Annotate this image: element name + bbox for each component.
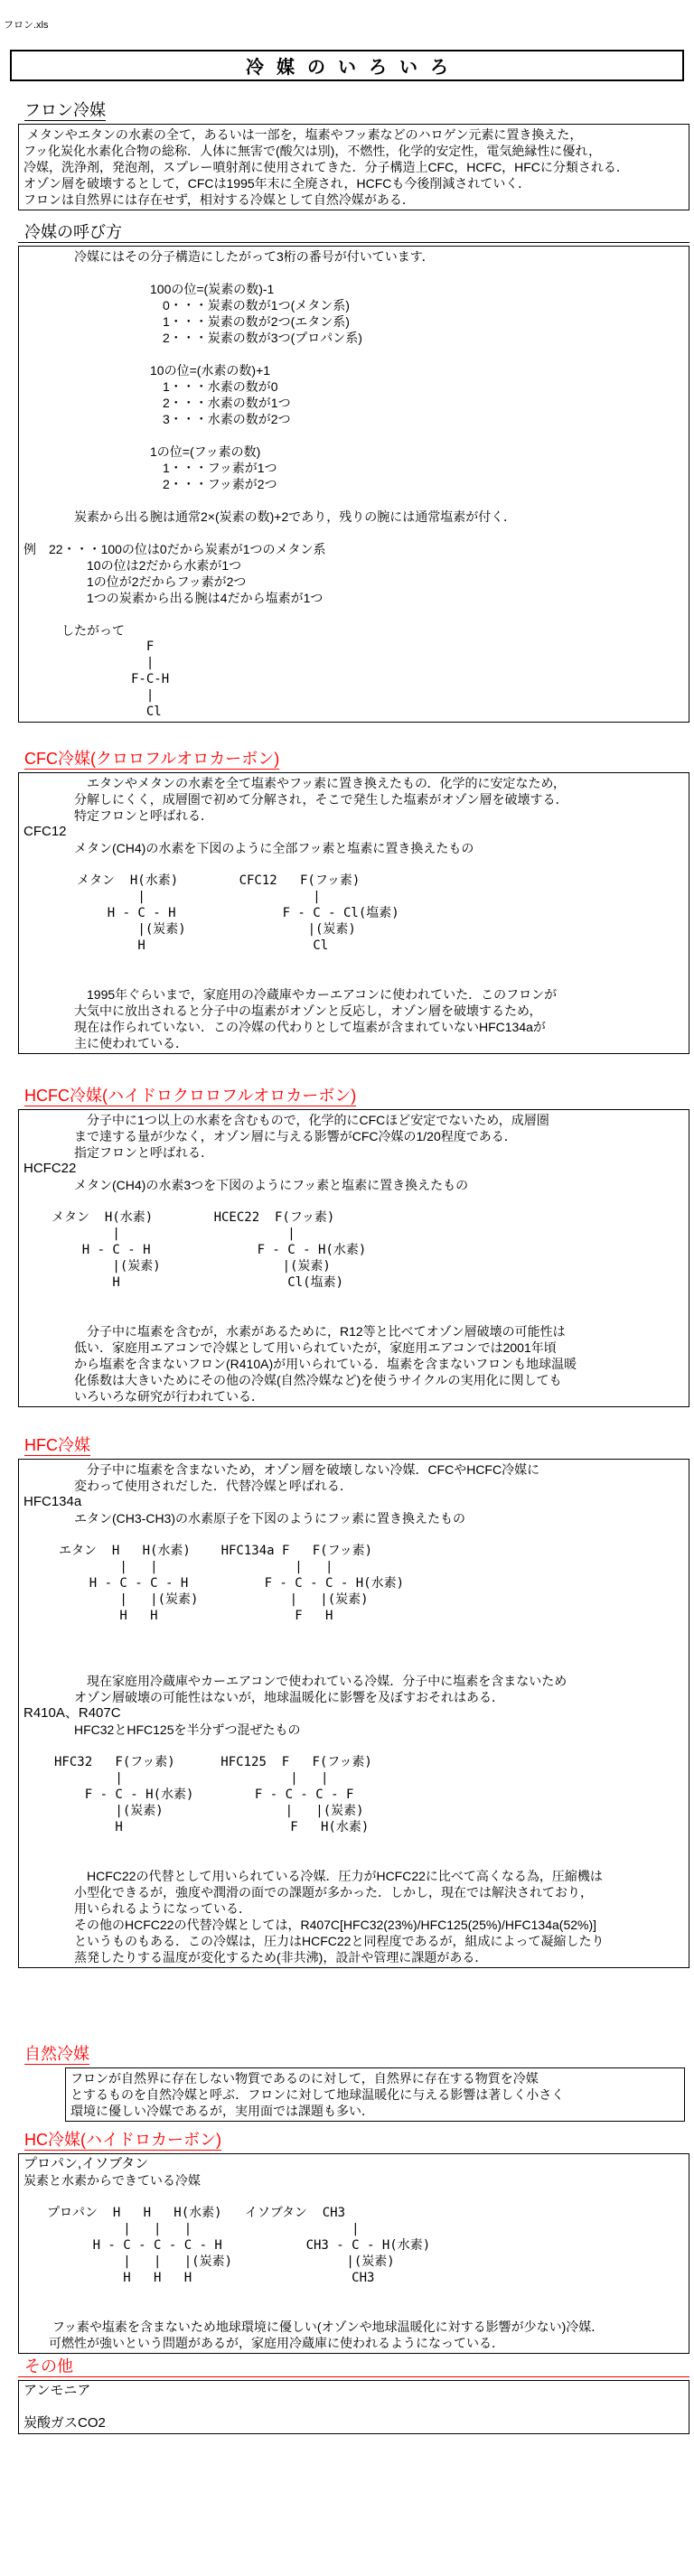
hfc-mid-text: 現在家庭用冷蔵庫やカーエアコンで使われている冷媒．分子中に塩素を含まないため オ… — [23, 1624, 684, 1705]
section-heading-hcfc: HCFC冷媒(ハイドロクロロフルオロカーボン) — [24, 1087, 356, 1106]
sublabel-hfc134a: HFC134a — [23, 1494, 684, 1510]
section-heading-other: その他 — [18, 2357, 689, 2377]
natural-body-text: フロンが自然界に存在しない物質であるのに対して，自然界に存在する物質を冷媒 とす… — [70, 2070, 680, 2119]
r410a-intro-text: HFC32とHFC125を半分ずつ混ぜたもの — [23, 1722, 684, 1754]
section-heading-freon: フロン冷媒 — [24, 101, 106, 121]
document-page: フロン.xls 冷媒のいろいろ フロン冷媒 メタンやエタンの水素の全て，あるいは… — [0, 0, 694, 2576]
section-heading-hc: HC冷媒(ハイドロカーボン) — [24, 2131, 221, 2151]
section-box-hcfc: 分子中に1つ以上の水素を含むもので，化学的にCFCほど安定でないため，成層圏 ま… — [18, 1109, 689, 1407]
freon-body-text: メタンやエタンの水素の全て，あるいは一部を，塩素やフッ素などのハロゲン元素に置き… — [23, 126, 684, 208]
section-heading-cfc: CFC冷媒(クロロフルオロカーボン) — [24, 750, 279, 770]
document-title-box: 冷媒のいろいろ — [10, 50, 684, 81]
section-box-natural: フロンが自然界に存在しない物質であるのに対して，自然界に存在する物質を冷媒 とす… — [65, 2067, 685, 2122]
structure-diagram-cfc12: メタン H(水素) CFC12 F(フッ素) | | H - C - H F -… — [23, 873, 684, 954]
section-natural: 自然冷媒 フロンが自然界に存在しない物質であるのに対して，自然界に存在する物質を… — [0, 2045, 694, 2122]
section-cfc: CFC冷媒(クロロフルオロカーボン) エタンやメタンの水素を全て塩素やフッ素に置… — [0, 750, 694, 1054]
structure-diagram-hcfc22: メタン H(水素) HCEC22 F(フッ素) | | H - C - H F … — [23, 1209, 684, 1291]
sheet-filename: フロン.xls — [4, 20, 49, 32]
section-heading-natural: 自然冷媒 — [24, 2045, 89, 2065]
section-other: その他 アンモニア 炭酸ガスCO2 — [0, 2357, 694, 2434]
section-freon: フロン冷媒 メタンやエタンの水素の全て，あるいは一部を，塩素やフッ素などのハロゲ… — [0, 101, 694, 210]
cfc-intro-text: エタンやメタンの水素を全て塩素やフッ素に置き換えたもの．化学的に安定なため， 分… — [23, 775, 684, 824]
hfc134a-intro-text: エタン(CH3-CH3)の水素原子を下図のようにフッ素に置き換えたもの — [23, 1510, 684, 1543]
section-hfc: HFC冷媒 分子中に塩素を含まないため，オゾン層を破壊しない冷媒．CFCやHCF… — [0, 1436, 694, 1968]
section-box-freon: メタンやエタンの水素の全て，あるいは一部を，塩素やフッ素などのハロゲン元素に置き… — [18, 124, 689, 210]
structure-diagram-r22-example: F | F-C-H | Cl — [23, 639, 684, 720]
section-hcfc: HCFC冷媒(ハイドロクロロフルオロカーボン) 分子中に1つ以上の水素を含むもの… — [0, 1087, 694, 1407]
structure-diagram-hfc32-hfc125: HFC32 F(フッ素) HFC125 F F(フッ素) | | | F - C… — [23, 1754, 684, 1835]
section-box-other: アンモニア 炭酸ガスCO2 — [18, 2380, 689, 2434]
hcfc-intro-text: 分子中に1つ以上の水素を含むもので，化学的にCFCほど安定でないため，成層圏 ま… — [23, 1112, 684, 1161]
section-naming: 冷媒の呼び方 冷媒にはその分子構造にしたがって3桁の番号が付いています． 100… — [0, 223, 694, 723]
hcfc22-intro-text: メタン(CH4)の水素3つを下図のようにフッ素と塩素に置き換えたもの — [23, 1177, 684, 1209]
section-hc: HC冷媒(ハイドロカーボン) プロパン,イソブタン 炭素と水素からできている冷媒… — [0, 2131, 694, 2354]
hcfc-outro-text: 分子中に塩素を含むが，水素があるために，R12等と比べてオゾン層破壊の可能性は … — [23, 1291, 684, 1405]
other-refrigerants-list: アンモニア 炭酸ガスCO2 — [23, 2383, 684, 2431]
hc-outro-text: フッ素や塩素を含まないため地球環境に優しい(オゾンや地球温暖化に対する影響が少な… — [23, 2286, 684, 2351]
sublabel-propane-isobutane: プロパン,イソブタン — [23, 2156, 684, 2172]
structure-diagram-hfc134a: エタン H H(水素) HFC134a F F(フッ素) | | | | H -… — [23, 1543, 684, 1624]
hfc-intro-text: 分子中に塩素を含まないため，オゾン層を破壊しない冷媒．CFCやHCFC冷媒に 変… — [23, 1461, 684, 1494]
document-title: 冷媒のいろいろ — [233, 52, 461, 79]
naming-body-text: 冷媒にはその分子構造にしたがって3桁の番号が付いています． 100の位=(炭素の… — [23, 248, 684, 639]
cfc12-intro-text: メタン(CH4)の水素を下図のように全部フッ素と塩素に置き換えたもの — [23, 840, 684, 873]
sublabel-hcfc22: HCFC22 — [23, 1161, 684, 1177]
hfc-outro-text: HCFC22の代替として用いられている冷媒．圧力がHCFC22に比べて高くなる為… — [23, 1835, 684, 1965]
section-box-hc: プロパン,イソブタン 炭素と水素からできている冷媒 プロパン H H H(水素)… — [18, 2153, 689, 2354]
section-box-hfc: 分子中に塩素を含まないため，オゾン層を破壊しない冷媒．CFCやHCFC冷媒に 変… — [18, 1459, 689, 1968]
structure-diagram-propane-isobutane: プロパン H H H(水素) イソブタン CH3 | | | | H - C -… — [23, 2205, 684, 2286]
sublabel-cfc12: CFC12 — [23, 824, 684, 840]
section-box-cfc: エタンやメタンの水素を全て塩素やフッ素に置き換えたもの．化学的に安定なため， 分… — [18, 772, 689, 1054]
sublabel-r410a-r407c: R410A、R407C — [23, 1705, 684, 1722]
section-box-naming: 冷媒にはその分子構造にしたがって3桁の番号が付いています． 100の位=(炭素の… — [18, 246, 689, 723]
hc-intro-text: 炭素と水素からできている冷媒 — [23, 2172, 684, 2205]
section-heading-hfc: HFC冷媒 — [24, 1436, 90, 1456]
cfc-outro-text: 1995年ぐらいまで，家庭用の冷蔵庫やカーエアコンに使われていた．このフロンが … — [23, 954, 684, 1051]
section-heading-naming: 冷媒の呼び方 — [18, 223, 689, 243]
